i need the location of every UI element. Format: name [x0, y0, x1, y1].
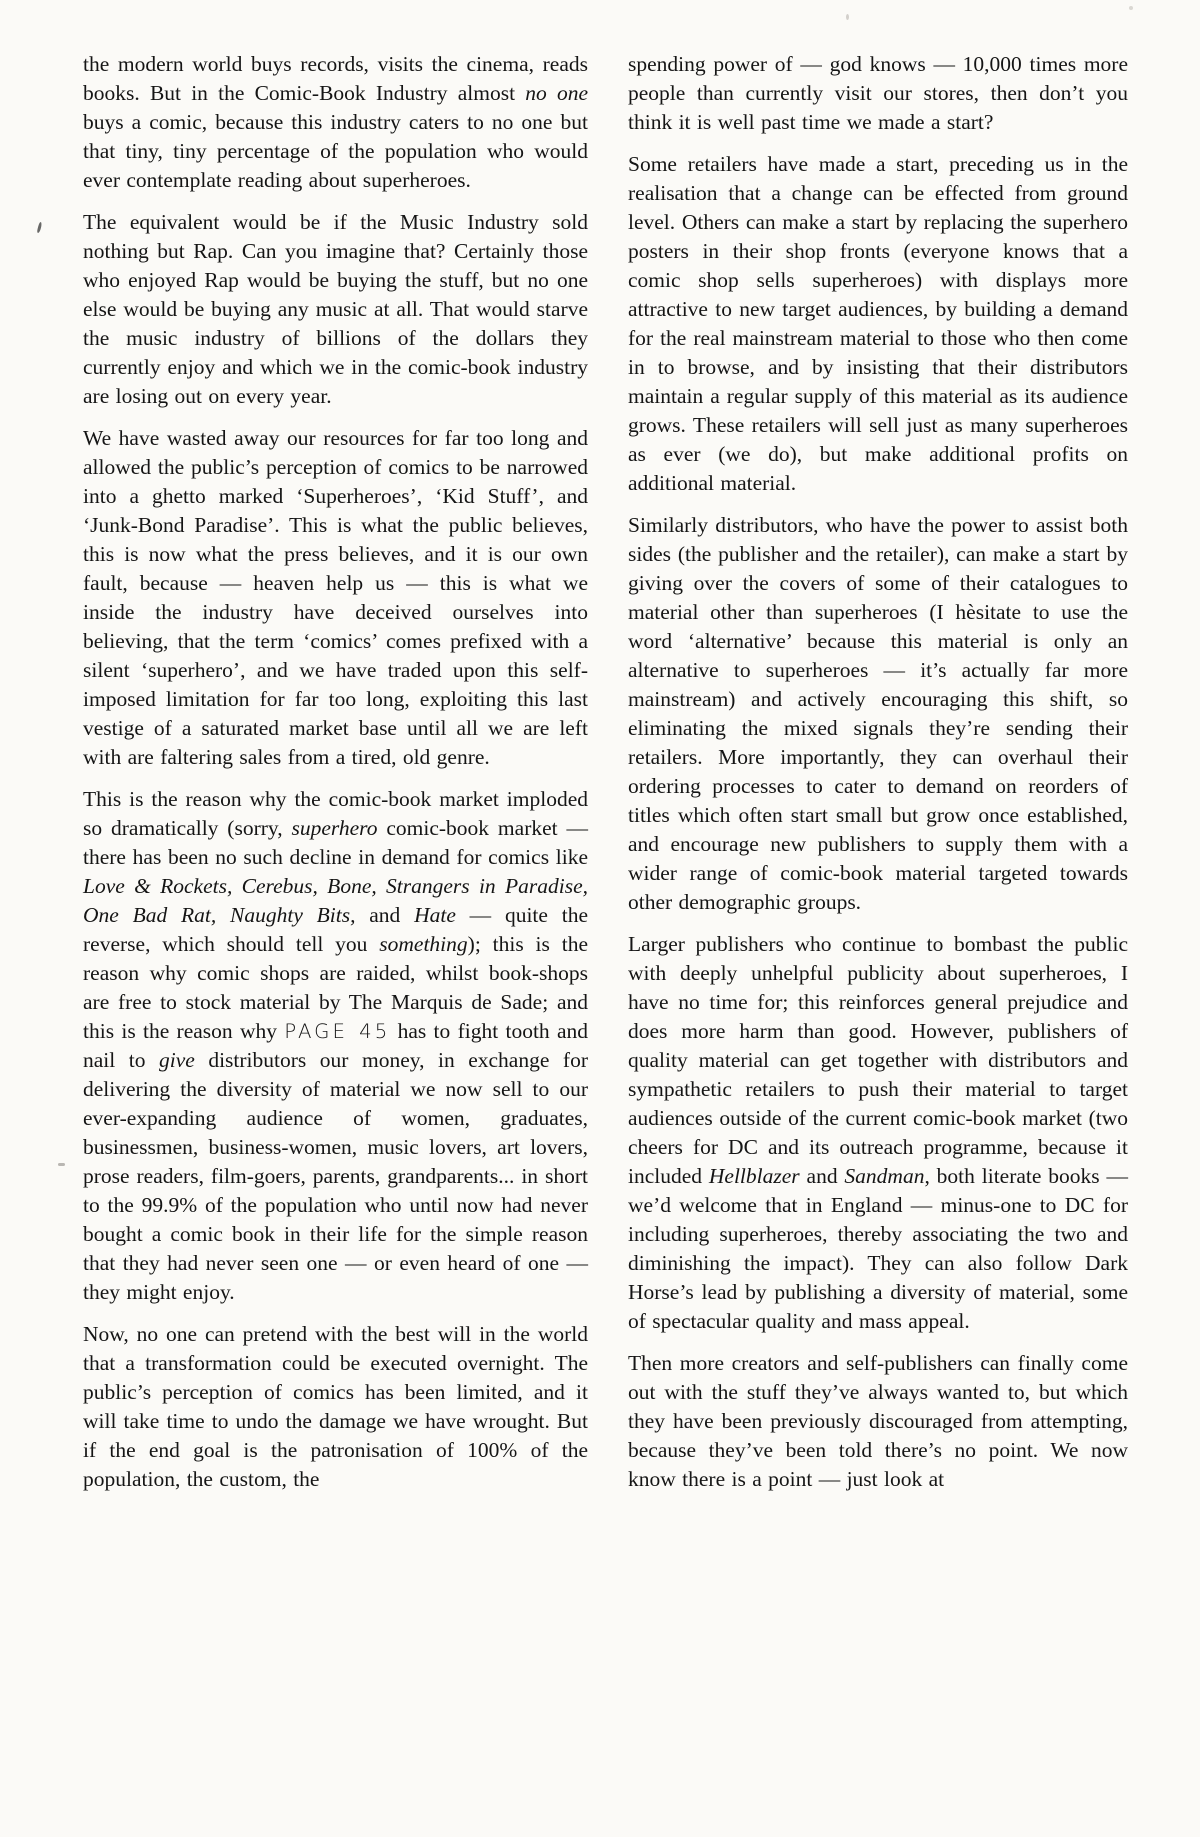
text-run: buys a comic, because this industry cate…: [83, 110, 588, 192]
page45-wordmark: PAGE 45: [284, 1020, 390, 1043]
paragraph: The equivalent would be if the Music Ind…: [83, 208, 588, 411]
italic-run: Hate: [414, 903, 456, 927]
text-run: The equivalent would be if the Music Ind…: [83, 210, 588, 408]
article-body: the modern world buys records, visits th…: [83, 50, 1128, 1507]
paragraph: Some retailers have made a start, preced…: [628, 150, 1128, 498]
text-run: the modern world buys records, visits th…: [83, 52, 588, 105]
paragraph: This is the reason why the comic-book ma…: [83, 785, 588, 1307]
text-run: Larger publishers who continue to bombas…: [628, 932, 1128, 1188]
italic-run: Hellblazer: [709, 1164, 800, 1188]
text-run: , both literate books — we’d welcome tha…: [628, 1164, 1128, 1333]
scan-artifact: [37, 222, 43, 233]
scan-artifact: [58, 1163, 65, 1166]
text-run: Then more creators and self-publishers c…: [628, 1351, 1128, 1491]
scanned-page: the modern world buys records, visits th…: [0, 0, 1200, 1837]
paragraph: We have wasted away our resources for fa…: [83, 424, 588, 772]
paragraph: Then more creators and self-publishers c…: [628, 1349, 1128, 1494]
paragraph: Similarly distributors, who have the pow…: [628, 511, 1128, 917]
paragraph: Larger publishers who continue to bombas…: [628, 930, 1128, 1336]
scan-artifact: [846, 14, 849, 20]
paragraph: Now, no one can pretend with the best wi…: [83, 1320, 588, 1494]
scan-artifact: [1129, 6, 1133, 10]
text-run: distributors our money, in exchange for …: [83, 1048, 588, 1304]
paragraph: spending power of — god knows — 10,000 t…: [628, 50, 1128, 137]
italic-run: superhero: [292, 816, 378, 840]
italic-run: no one: [525, 81, 588, 105]
text-run: We have wasted away our resources for fa…: [83, 426, 588, 769]
text-run: and: [800, 1164, 845, 1188]
italic-run: something: [379, 932, 467, 956]
paragraph: the modern world buys records, visits th…: [83, 50, 588, 195]
text-run: Now, no one can pretend with the best wi…: [83, 1322, 588, 1491]
italic-run: Sandman: [844, 1164, 924, 1188]
text-column-right: spending power of — god knows — 10,000 t…: [628, 50, 1128, 1507]
text-column-left: the modern world buys records, visits th…: [83, 50, 588, 1507]
italic-run: give: [159, 1048, 195, 1072]
text-run: Similarly distributors, who have the pow…: [628, 513, 1128, 914]
text-run: and: [355, 903, 414, 927]
text-run: spending power of — god knows — 10,000 t…: [628, 52, 1128, 134]
text-run: Some retailers have made a start, preced…: [628, 152, 1128, 495]
